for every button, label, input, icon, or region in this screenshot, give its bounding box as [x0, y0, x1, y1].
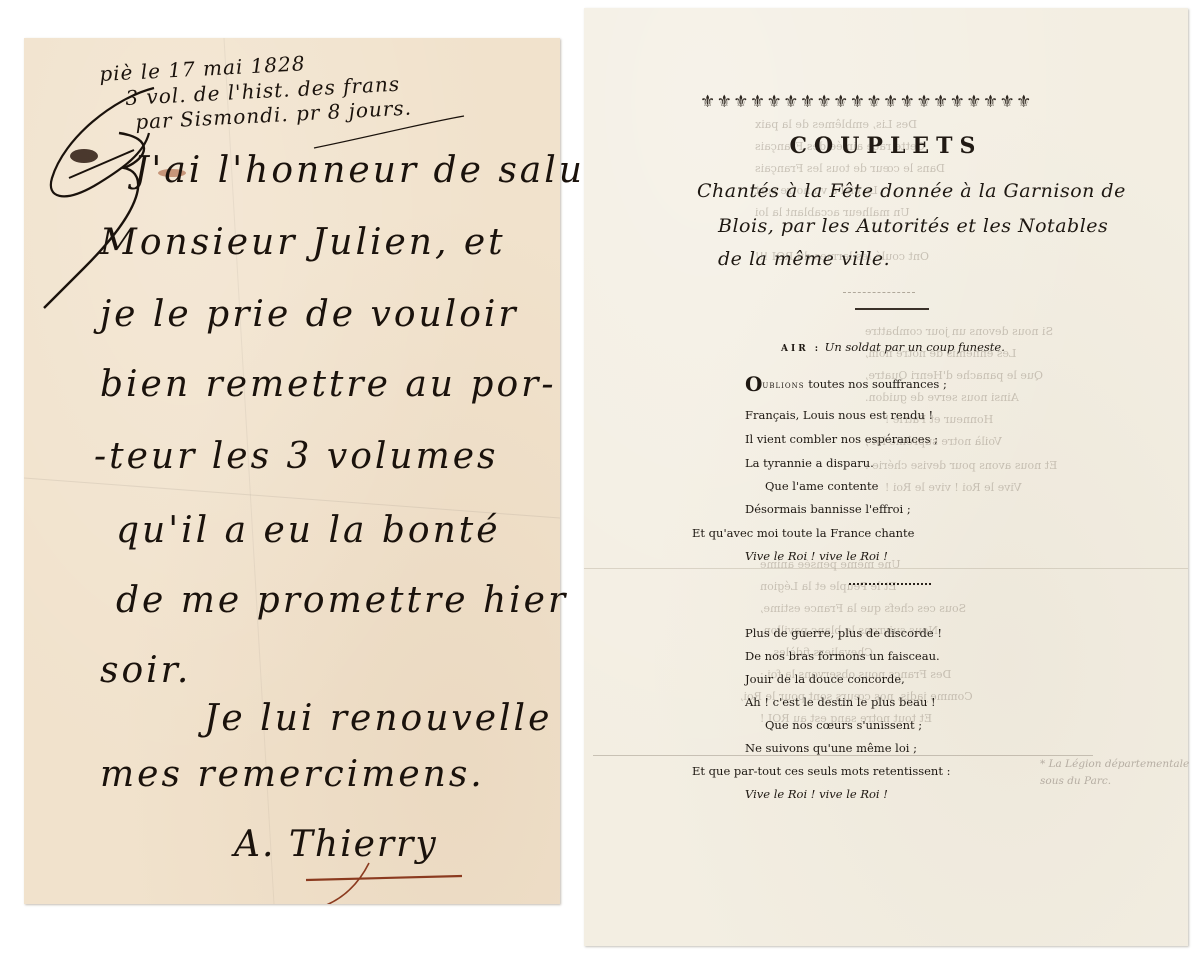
stanza1-line-7: Et qu'avec moi toute la France chante [692, 526, 914, 540]
stanza2-line-4: Ah ! c'est le destin le plus beau ! [745, 695, 936, 709]
stanza1-line-6: Désormais bannisse l'effroi ; [745, 502, 911, 516]
sheet-title: COUPLETS [584, 133, 1188, 159]
divider-rule [855, 308, 929, 310]
stanza1-line-5: Que l'ame contente [765, 479, 878, 493]
stanza2-line-1: Plus de guerre, plus de discorde ! [745, 626, 942, 640]
stanza1-line-3: Il vient combler nos espérances ; [745, 432, 938, 446]
letter-line-4: bien remettre au por- [100, 364, 557, 405]
subtitle-line-3: de la même ville. [718, 248, 890, 270]
drop-cap: O [745, 372, 762, 396]
stanza2-line-6: Ne suivons qu'une même loi ; [745, 741, 917, 755]
air-tune: Un soldat par un coup funeste. [825, 340, 1005, 354]
stanza2-line-7: Et que par-tout ces seuls mots retentiss… [692, 764, 951, 778]
air-label: AIR : [781, 344, 821, 354]
bleed-through-rule [593, 755, 1093, 756]
bleed-through-line: Des Lis, emblêmes de la paix [755, 118, 917, 131]
bleed-through-line: Dans le cœur de tous les Français [755, 162, 945, 175]
bleed-through-line: Si nous devons un jour combattre [865, 325, 1053, 338]
signature: A. Thierry [234, 824, 438, 865]
bleed-through-line: Sous ces chefs que la France estime, [760, 602, 966, 615]
letter-line-7: de me promettre hier [116, 580, 568, 621]
letter-line-3: je le prie de vouloir [100, 294, 519, 335]
letter-line-2: Monsieur Julien, et [100, 222, 506, 263]
subtitle-line-2: Blois, par les Autorités et les Notables [718, 215, 1108, 237]
stanza1-line-4: La tyrannie a disparu. [745, 456, 874, 470]
letter-line-1: J'ai l'honneur de saluer [134, 150, 629, 191]
footnote-ghost: * La Légion départementale [1040, 758, 1189, 770]
letter-line-10: mes remercimens. [100, 754, 485, 795]
stanza1-line-2: Français, Louis nous est rendu ! [745, 408, 933, 422]
stanza2-line-5: Que nos cœurs s'unissent ; [765, 718, 922, 732]
stanza1-refrain: Vive le Roi ! vive le Roi ! [745, 549, 888, 563]
bleed-through-line: Et le Peuple et la Légion [760, 580, 897, 593]
letter-line-9: Je lui renouvelle [204, 698, 552, 739]
letter-line-6: qu'il a eu la bonté [116, 510, 501, 551]
subtitle-line-1: Chantés à la Fête donnée à la Garnison d… [697, 180, 1126, 202]
divider-beaded [849, 583, 931, 585]
fleur-de-lis-ornament-icon: ⚜⚜⚜⚜⚜⚜⚜⚜⚜⚜⚜⚜⚜⚜⚜⚜⚜⚜⚜⚜ [700, 92, 1085, 112]
divider-dotted [843, 292, 915, 293]
air-indication: AIR : Un soldat par un coup funeste. [781, 340, 1005, 354]
handwritten-letter: piè le 17 mai 1828 3 vol. de l'hist. des… [24, 38, 560, 904]
letter-line-8: soir. [100, 650, 191, 691]
bleed-through-line: Et nous avons pour devise chérie : [865, 459, 1057, 472]
stanza2-refrain: Vive le Roi ! vive le Roi ! [745, 787, 888, 801]
footnote-ghost: sous du Parc. [1040, 775, 1111, 787]
stanza2-line-3: Jouir de la douce concorde, [745, 672, 905, 686]
letter-line-5: -teur les 3 volumes [94, 436, 498, 477]
stanza1-line-1: Oublions toutes nos souffrances ; [745, 372, 947, 396]
stanza2-line-2: De nos bras formons un faisceau. [745, 649, 940, 663]
bleed-through-line: Vive le Roi ! vive le Roi ! [885, 481, 1022, 494]
